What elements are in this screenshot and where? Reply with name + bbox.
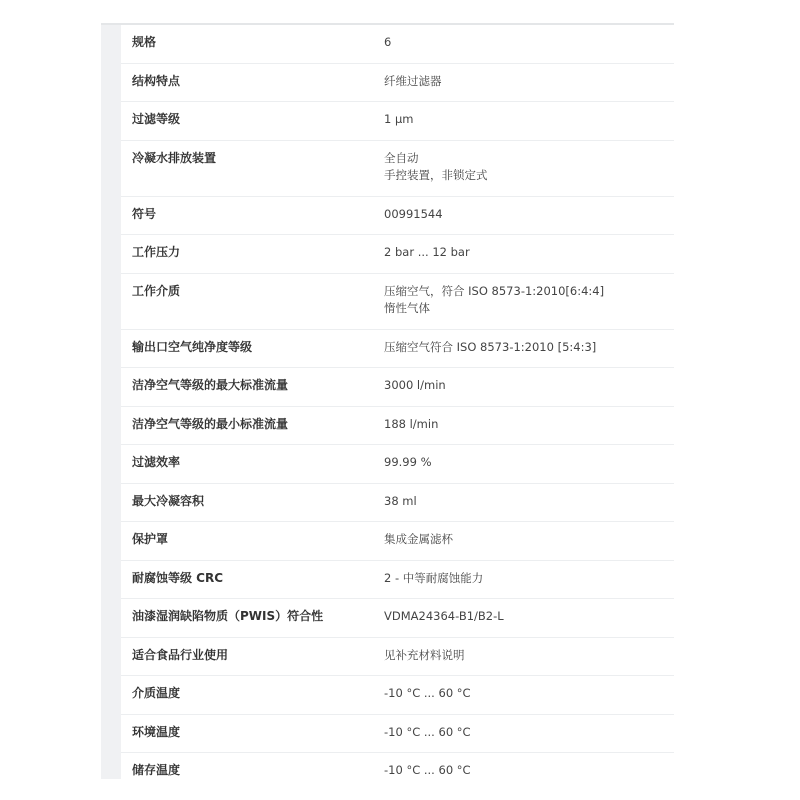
spec-value: 00991544 [384,206,674,225]
spec-table: 规格 6 结构特点 纤维过滤器 过滤等级 1 µm 冷凝水排放装置 全自动 手控… [121,25,674,779]
spec-row-size: 规格 6 [121,25,674,64]
spec-label: 耐腐蚀等级 CRC [121,570,384,589]
spec-value: -10 °C ... 60 °C [384,685,674,704]
spec-label: 工作介质 [121,283,384,319]
spec-label: 油漆湿润缺陷物质（PWIS）符合性 [121,608,384,627]
spec-row-pwis: 油漆湿润缺陷物质（PWIS）符合性 VDMA24364-B1/B2-L [121,599,674,638]
spec-value: 1 µm [384,111,674,130]
spec-label: 规格 [121,34,384,53]
spec-label: 环境温度 [121,724,384,743]
spec-value: 188 l/min [384,416,674,435]
spec-label: 过滤等级 [121,111,384,130]
spec-label: 适合食品行业使用 [121,647,384,666]
spec-value: -10 °C ... 60 °C [384,724,674,743]
spec-value: 压缩空气，符合 ISO 8573-1:2010[6:4:4] 惰性气体 [384,283,674,319]
spec-row-food-suitability: 适合食品行业使用 见补充材料说明 [121,638,674,677]
left-stripe [101,25,121,779]
spec-value: 2 bar ... 12 bar [384,244,674,263]
spec-label: 最大冷凝容积 [121,493,384,512]
spec-row-filter-efficiency: 过滤效率 99.99 % [121,445,674,484]
spec-label: 符号 [121,206,384,225]
spec-row-medium-temperature: 介质温度 -10 °C ... 60 °C [121,676,674,715]
spec-label: 保护罩 [121,531,384,550]
spec-label: 冷凝水排放装置 [121,150,384,186]
spec-value: 集成金属滤杯 [384,531,674,550]
spec-value: 压缩空气符合 ISO 8573-1:2010 [5:4:3] [384,339,674,358]
spec-row-max-flow: 洁净空气等级的最大标准流量 3000 l/min [121,368,674,407]
spec-row-ambient-temperature: 环境温度 -10 °C ... 60 °C [121,715,674,754]
spec-label: 储存温度 [121,762,384,779]
spec-row-condensate-drain: 冷凝水排放装置 全自动 手控装置，非锁定式 [121,141,674,197]
spec-row-corrosion-class: 耐腐蚀等级 CRC 2 - 中等耐腐蚀能力 [121,561,674,600]
spec-label: 工作压力 [121,244,384,263]
spec-row-bowl-guard: 保护罩 集成金属滤杯 [121,522,674,561]
spec-label: 输出口空气纯净度等级 [121,339,384,358]
spec-label: 过滤效率 [121,454,384,473]
spec-value: -10 °C ... 60 °C [384,762,674,779]
spec-label: 洁净空气等级的最小标准流量 [121,416,384,435]
spec-value: 见补充材料说明 [384,647,674,666]
spec-row-min-flow: 洁净空气等级的最小标准流量 188 l/min [121,407,674,446]
spec-value: 纤维过滤器 [384,73,674,92]
spec-row-outlet-purity: 输出口空气纯净度等级 压缩空气符合 ISO 8573-1:2010 [5:4:3… [121,330,674,369]
spec-label: 介质温度 [121,685,384,704]
spec-row-symbol: 符号 00991544 [121,197,674,236]
spec-value: 全自动 手控装置，非锁定式 [384,150,674,186]
spec-value: VDMA24364-B1/B2-L [384,608,674,627]
spec-row-operating-medium: 工作介质 压缩空气，符合 ISO 8573-1:2010[6:4:4] 惰性气体 [121,274,674,330]
spec-value: 99.99 % [384,454,674,473]
spec-label: 结构特点 [121,73,384,92]
spec-row-filter-grade: 过滤等级 1 µm [121,102,674,141]
spec-row-operating-pressure: 工作压力 2 bar ... 12 bar [121,235,674,274]
spec-row-design: 结构特点 纤维过滤器 [121,64,674,103]
spec-label: 洁净空气等级的最大标准流量 [121,377,384,396]
spec-value: 6 [384,34,674,53]
spec-value: 3000 l/min [384,377,674,396]
spec-value: 38 ml [384,493,674,512]
spec-row-storage-temperature: 储存温度 -10 °C ... 60 °C [121,753,674,779]
spec-panel: 规格 6 结构特点 纤维过滤器 过滤等级 1 µm 冷凝水排放装置 全自动 手控… [101,23,674,779]
spec-value: 2 - 中等耐腐蚀能力 [384,570,674,589]
spec-row-max-condensate: 最大冷凝容积 38 ml [121,484,674,523]
